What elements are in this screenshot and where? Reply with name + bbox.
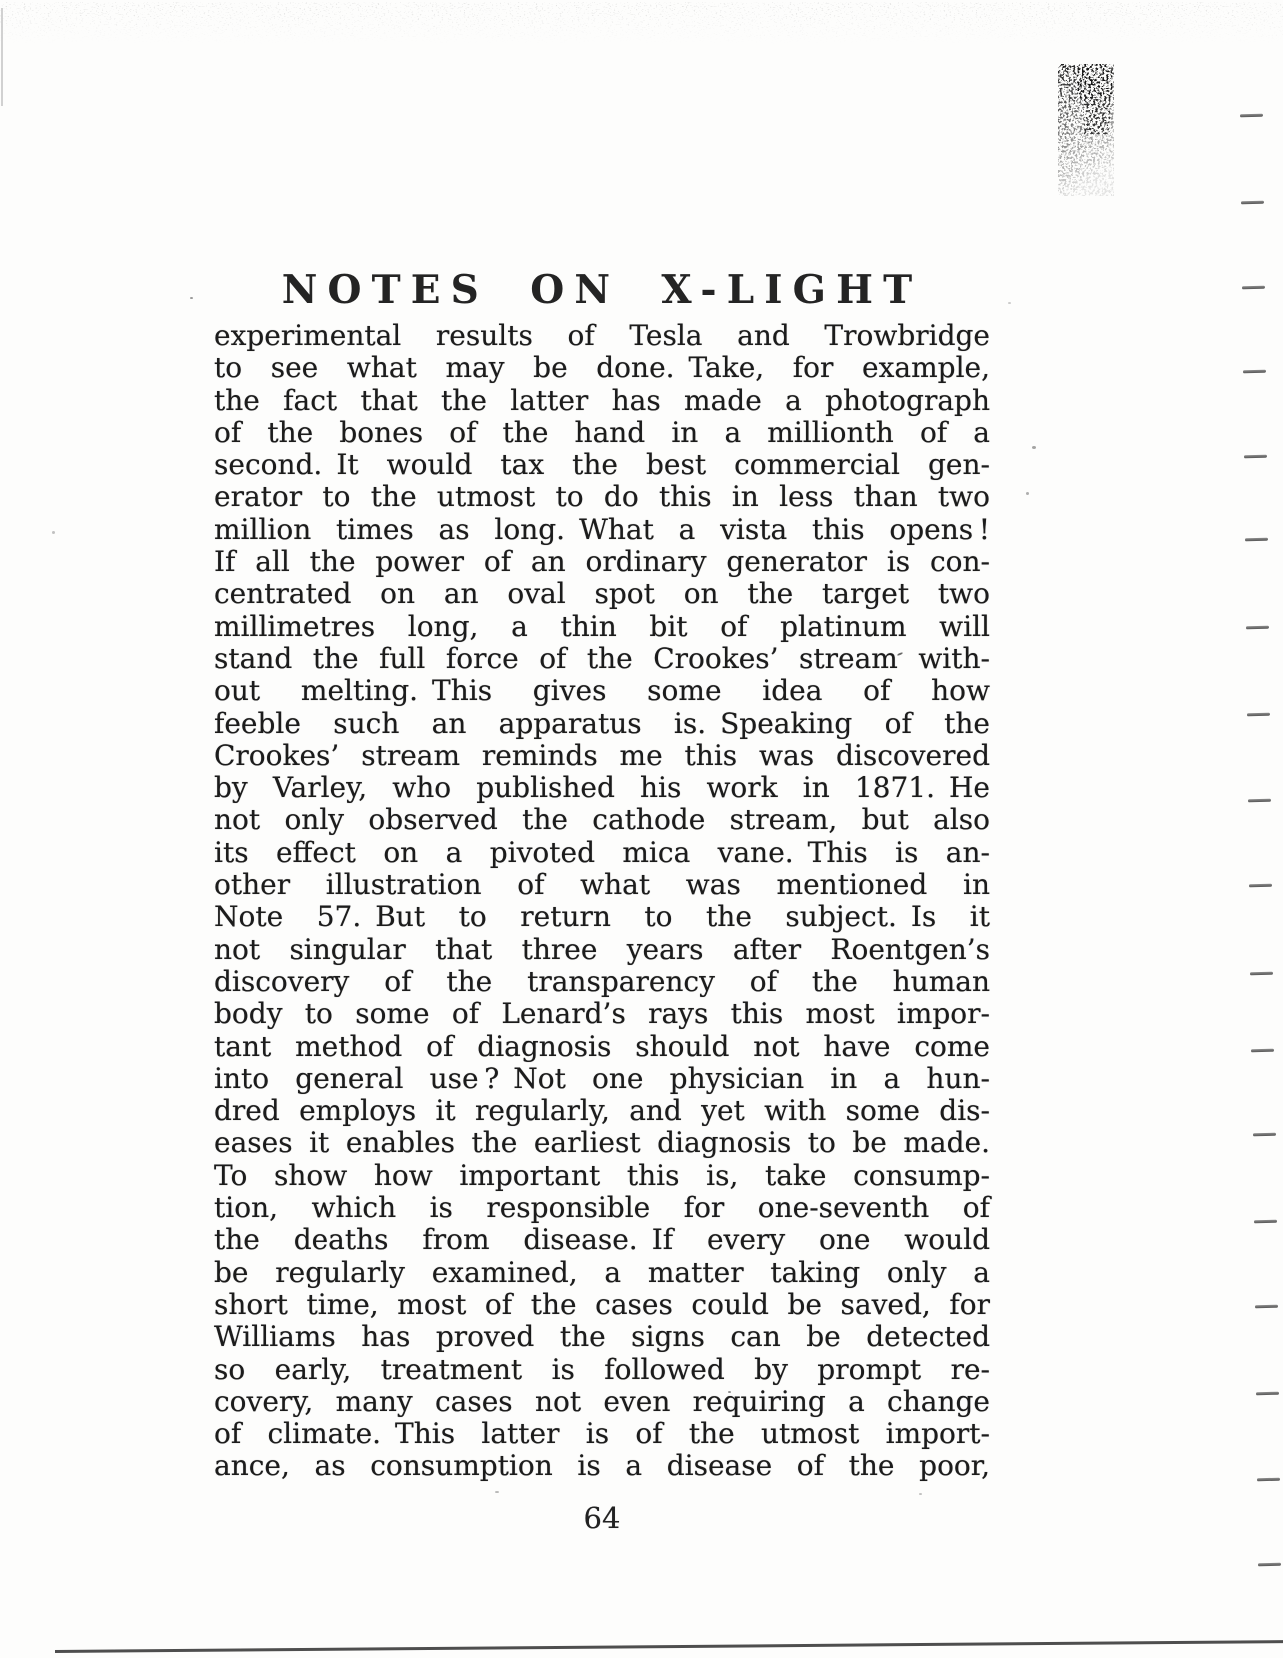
body-line: If all the power of an ordinary generato… xyxy=(214,546,990,578)
body-line: to see what may be done. Take, for examp… xyxy=(214,352,990,384)
body-line: the deaths from disease. If every one wo… xyxy=(214,1224,990,1256)
body-line: tant method of diagnosis should not have… xyxy=(214,1031,990,1063)
body-line: million times as long. What a vista this… xyxy=(214,514,990,546)
edge-dash xyxy=(1241,201,1264,205)
edge-dash xyxy=(1257,1478,1280,1482)
scanned-book-page: NOTES ON X-LIGHT experimental results of… xyxy=(0,0,1283,1658)
edge-dash xyxy=(1256,1392,1279,1396)
body-line: second. It would tax the best commercial… xyxy=(214,449,990,481)
body-line: stand the full force of the Crookes’ str… xyxy=(214,643,990,675)
body-line: so early, treatment is followed by promp… xyxy=(214,1354,990,1386)
body-line: Crookes’ stream reminds me this was disc… xyxy=(214,740,990,772)
edge-dash xyxy=(1245,538,1268,542)
body-line: its effect on a pivoted mica vane. This … xyxy=(214,837,990,869)
body-line: Note 57. But to return to the subject. I… xyxy=(214,901,990,933)
page-number: 64 xyxy=(214,1501,990,1535)
body-line: ance, as consumption is a disease of the… xyxy=(214,1450,990,1482)
edge-dash xyxy=(1243,370,1266,374)
ink-speck xyxy=(190,297,193,299)
body-line: not only observed the cathode stream, bu… xyxy=(214,804,990,836)
body-line: covery, many cases not even requiring a … xyxy=(214,1386,990,1418)
ink-smudge xyxy=(1058,64,1114,196)
ink-speck xyxy=(52,531,55,534)
body-line: tion, which is responsible for one-seven… xyxy=(214,1192,990,1224)
edge-dash xyxy=(1242,286,1265,290)
body-text: experimental results of Tesla and Trowbr… xyxy=(214,320,990,1483)
ink-speck xyxy=(1026,492,1029,495)
body-line: of climate. This latter is of the utmost… xyxy=(214,1418,990,1450)
body-line: discovery of the transparency of the hum… xyxy=(214,966,990,998)
body-line: body to some of Lenard’s rays this most … xyxy=(214,998,990,1030)
edge-dash xyxy=(1255,1305,1278,1309)
bottom-edge-line xyxy=(55,1640,1283,1653)
edge-dash xyxy=(1250,972,1273,976)
body-line: be regularly examined, a matter taking o… xyxy=(214,1257,990,1289)
edge-dash xyxy=(1248,799,1271,803)
body-line: centrated on an oval spot on the target … xyxy=(214,578,990,610)
ink-speck xyxy=(919,1493,922,1495)
body-line: short time, most of the cases could be s… xyxy=(214,1289,990,1321)
body-line: by Varley, who published his work in 187… xyxy=(214,772,990,804)
ink-speck xyxy=(728,1391,731,1393)
edge-dash xyxy=(1253,1133,1276,1137)
edge-dash xyxy=(1249,884,1272,888)
body-line: eases it enables the earliest diagnosis … xyxy=(214,1127,990,1159)
body-line: into general use ? Not one physician in … xyxy=(214,1063,990,1095)
body-line: To show how important this is, take cons… xyxy=(214,1160,990,1192)
edge-dash xyxy=(1244,455,1267,459)
ink-speck xyxy=(1008,302,1011,304)
ink-speck xyxy=(495,1491,499,1493)
edge-dash xyxy=(1247,713,1270,717)
body-line: erator to the utmost to do this in less … xyxy=(214,481,990,513)
body-line: not singular that three years after Roen… xyxy=(214,934,990,966)
top-edge-noise xyxy=(0,2,1283,46)
body-line: feeble such an apparatus is. Speaking of… xyxy=(214,708,990,740)
body-line: other illustration of what was mentioned… xyxy=(214,869,990,901)
edge-dash xyxy=(1246,626,1269,630)
edge-dash xyxy=(1258,1563,1281,1567)
left-edge-line xyxy=(1,8,3,106)
body-line: Williams has proved the signs can be det… xyxy=(214,1321,990,1353)
body-line: millimetres long, a thin bit of platinum… xyxy=(214,611,990,643)
ink-speck xyxy=(1032,446,1036,449)
edge-dash xyxy=(1240,114,1263,118)
body-line: out melting. This gives some idea of how xyxy=(214,675,990,707)
body-line: dred employs it regularly, and yet with … xyxy=(214,1095,990,1127)
page-title: NOTES ON X-LIGHT xyxy=(214,267,990,313)
body-line: the fact that the latter has made a phot… xyxy=(214,385,990,417)
body-line: experimental results of Tesla and Trowbr… xyxy=(214,320,990,352)
edge-dash xyxy=(1254,1220,1277,1224)
edge-dash xyxy=(1251,1049,1274,1053)
body-line: of the bones of the hand in a millionth … xyxy=(214,417,990,449)
